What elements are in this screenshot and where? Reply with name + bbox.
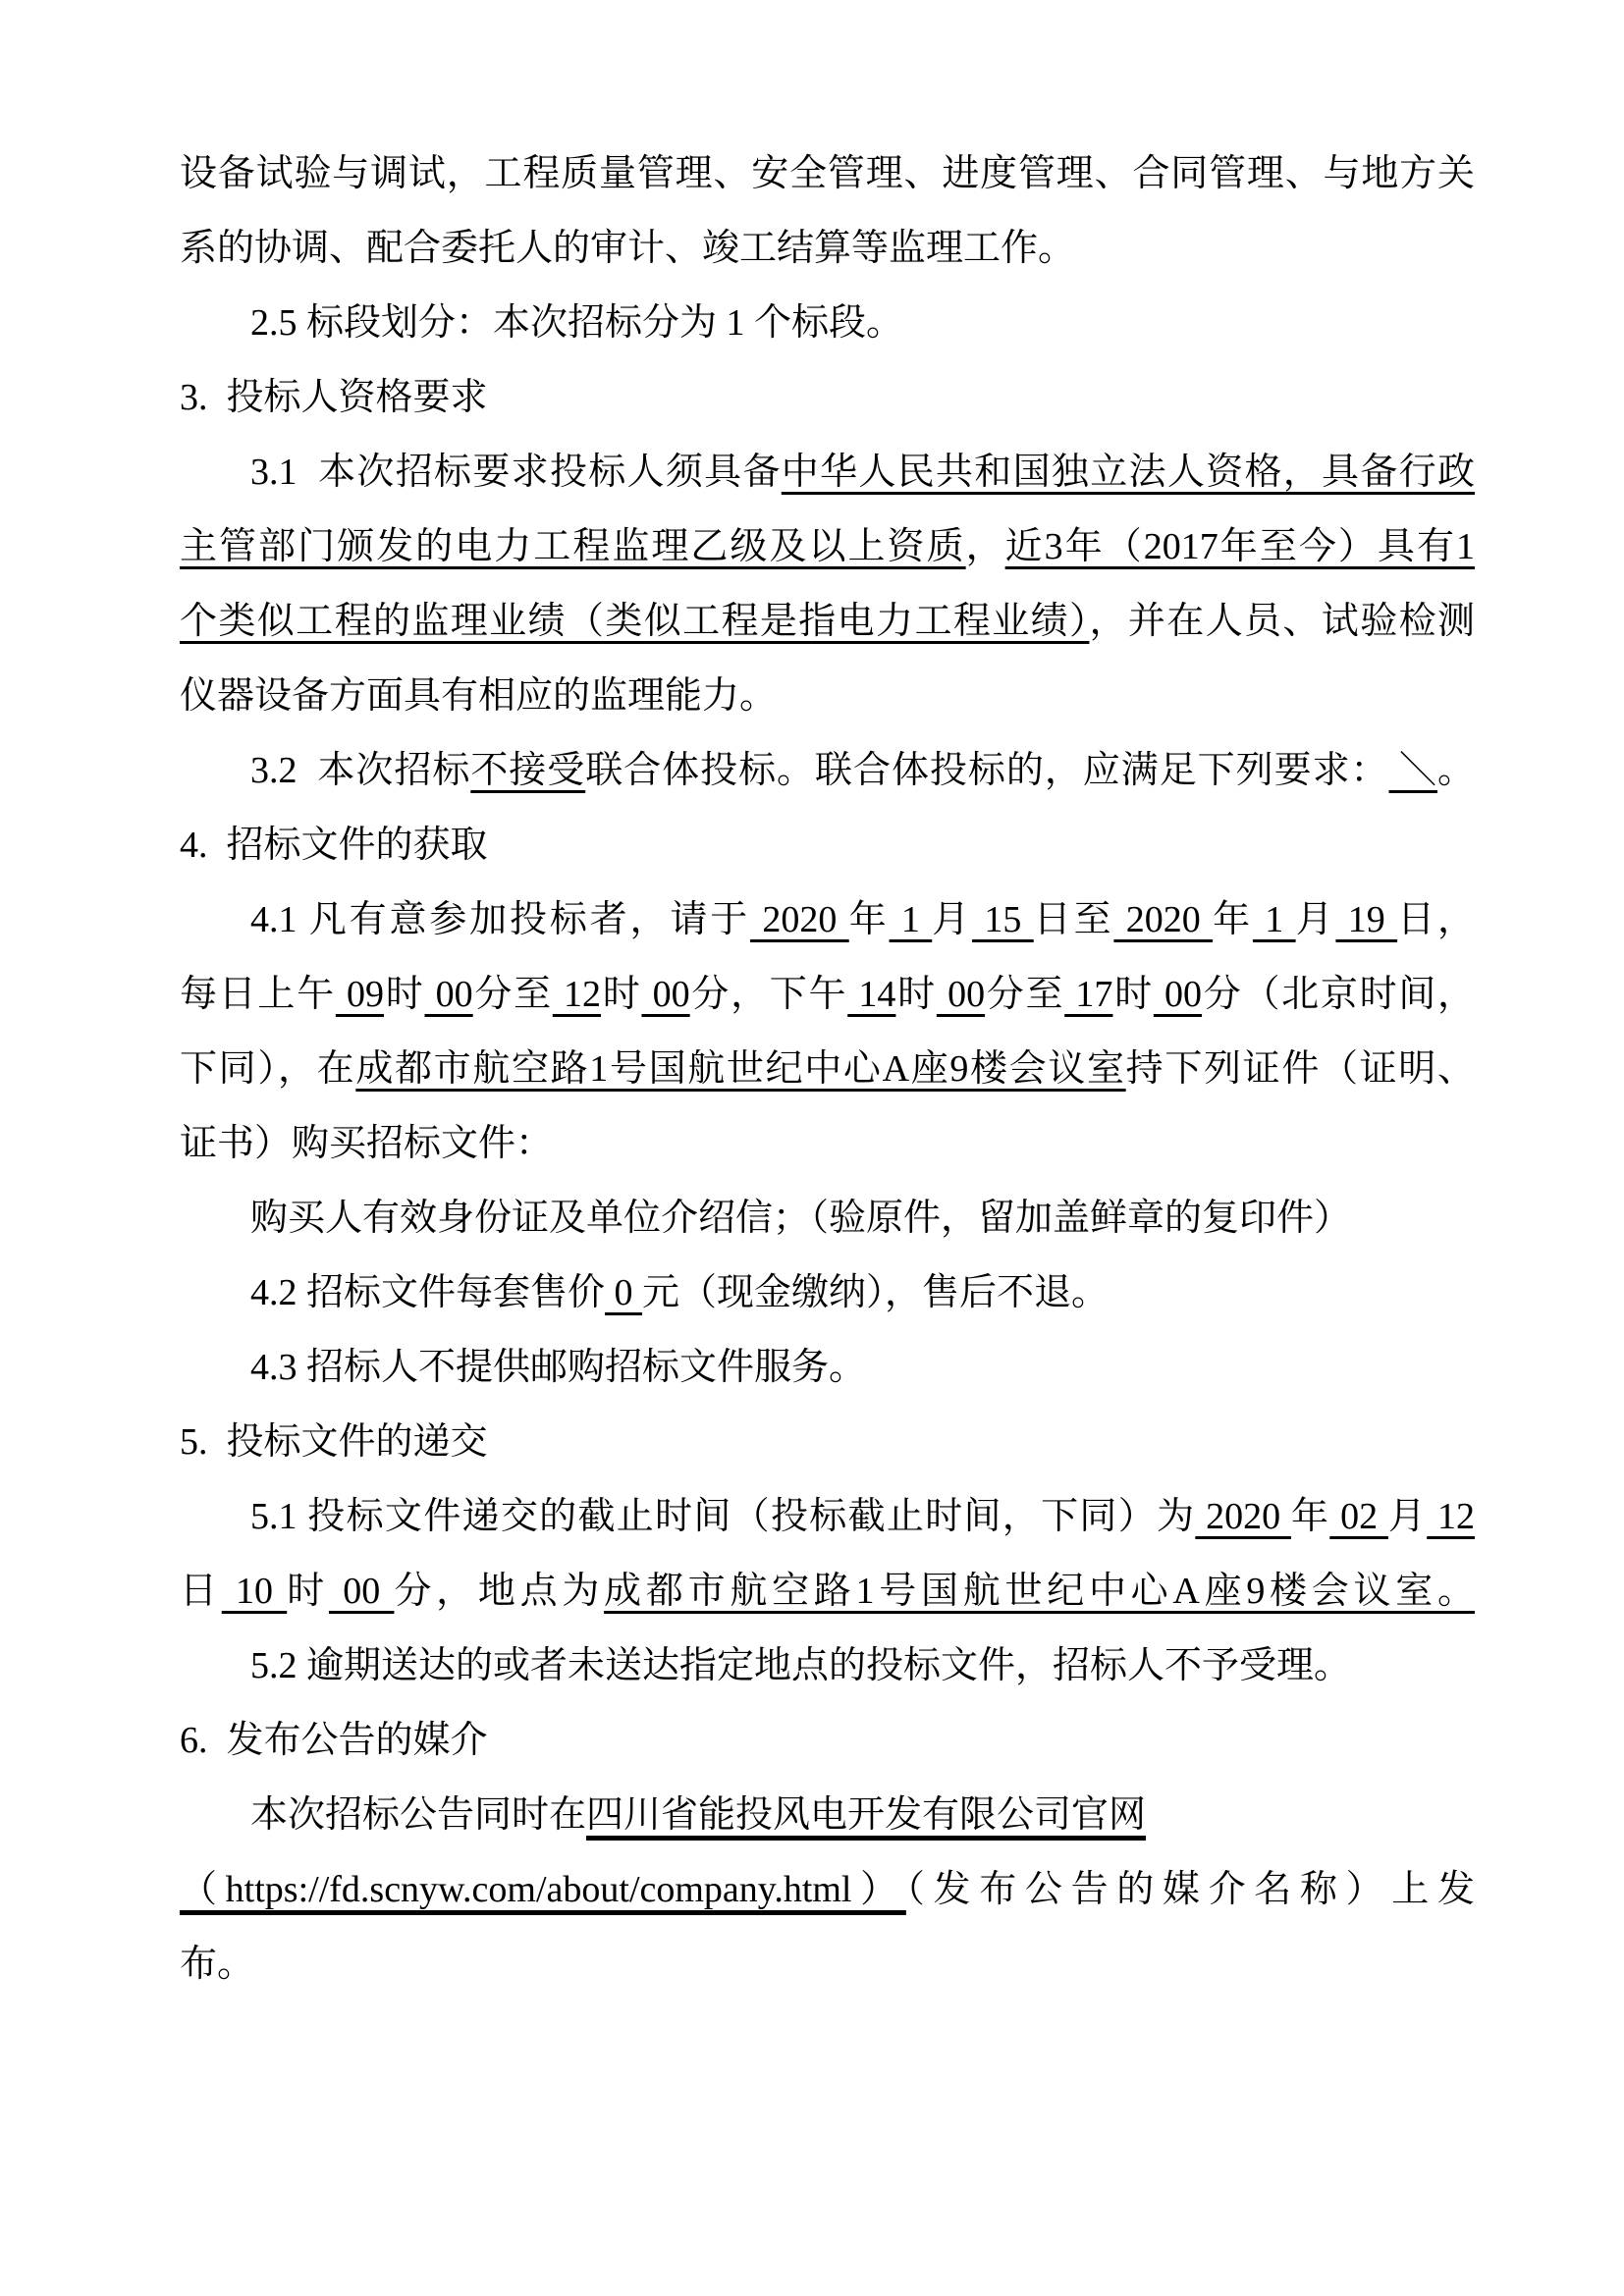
underlined-text: 00 xyxy=(424,974,472,1015)
text-line: 下同），在成都市航空路1号国航世纪中心A座9楼会议室持下列证件（证明、 xyxy=(180,1032,1475,1106)
text-run: 日 xyxy=(180,1571,222,1612)
text-run: 5. 投标文件的递交 xyxy=(180,1421,488,1463)
text-run: 本次招标公告同时在 xyxy=(250,1794,586,1836)
underlined-text: 2020 xyxy=(1195,1496,1291,1537)
text-run: 。 xyxy=(1437,750,1475,791)
text-run: 3.2 本次招标 xyxy=(250,750,470,791)
text-line: 证书）购买招标文件： xyxy=(180,1106,1475,1181)
text-run: 5.1 投标文件递交的截止时间（投标截止时间，下同）为 xyxy=(250,1496,1195,1537)
text-line: 购买人有效身份证及单位介绍信；（验原件，留加盖鲜章的复印件） xyxy=(180,1181,1475,1255)
text-run: 5.2 逾期送达的或者未送达指定地点的投标文件，招标人不予受理。 xyxy=(250,1645,1351,1686)
text-line: 每日上午 09时 00分至 12时 00分，下午 14时 00分至 17时 00… xyxy=(180,957,1475,1032)
text-line: 布。 xyxy=(180,1927,1475,2002)
text-line: 4. 招标文件的获取 xyxy=(180,808,1475,882)
underlined-text: 近3年（2017年至今）具有1 xyxy=(1005,526,1475,567)
document-body: 设备试验与调试，工程质量管理、安全管理、进度管理、合同管理、与地方关系的协调、配… xyxy=(180,136,1475,2002)
text-run: 4.3 招标人不提供邮购招标文件服务。 xyxy=(250,1347,866,1388)
text-line: 4.3 招标人不提供邮购招标文件服务。 xyxy=(180,1330,1475,1405)
text-run: 元（现金缴纳），售后不退。 xyxy=(642,1272,1109,1313)
text-run: 年 xyxy=(1291,1496,1329,1537)
text-run: 4.2 招标文件每套售价 xyxy=(250,1272,605,1313)
underlined-text: 中华人民共和国独立法人资格，具备行政 xyxy=(782,452,1475,493)
underlined-text: 四川省能投风电开发有限公司官网 xyxy=(586,1794,1146,1836)
underlined-text: 不接受 xyxy=(470,750,585,791)
text-run: 日至 xyxy=(1034,899,1114,940)
text-run: ， xyxy=(966,526,1005,567)
text-run: 持下列证件（证明、 xyxy=(1126,1048,1475,1090)
text-run: 分，下午 xyxy=(690,974,848,1015)
text-run: 下同），在 xyxy=(180,1048,355,1090)
text-line: 系的协调、配合委托人的审计、竣工结算等监理工作。 xyxy=(180,211,1475,286)
text-line: 5. 投标文件的递交 xyxy=(180,1405,1475,1479)
text-run: 时 xyxy=(287,1571,329,1612)
text-run: 时 xyxy=(384,974,424,1015)
text-line: 4.2 招标文件每套售价 0 元（现金缴纳），售后不退。 xyxy=(180,1255,1475,1330)
text-run: 日， xyxy=(1397,899,1475,940)
text-run: 6. 发布公告的媒介 xyxy=(180,1720,488,1761)
text-run: 每日上午 xyxy=(180,974,336,1015)
text-run: 月 xyxy=(1388,1496,1427,1537)
underlined-text: 00 xyxy=(641,974,689,1015)
text-run: 时 xyxy=(601,974,641,1015)
underlined-text: 00 xyxy=(329,1571,394,1612)
underlined-text: 10 xyxy=(222,1571,287,1612)
underlined-text: 00 xyxy=(1154,974,1202,1015)
text-run: 时 xyxy=(895,974,936,1015)
text-run: 购买人有效身份证及单位介绍信；（验原件，留加盖鲜章的复印件） xyxy=(250,1198,1351,1239)
text-line: 2.5 标段划分：本次招标分为 1 个标段。 xyxy=(180,286,1475,360)
text-run: （发布公告的媒介名称）上发 xyxy=(906,1869,1475,1910)
underlined-text: 个类似工程的监理业绩（类似工程是指电力工程业绩） xyxy=(180,601,1089,642)
underlined-text: 1 xyxy=(890,899,933,940)
underlined-text: 2020 xyxy=(1113,899,1213,940)
text-run: 联合体投标。联合体投标的，应满足下列要求： xyxy=(585,750,1388,791)
text-run: 证书）购买招标文件： xyxy=(180,1123,553,1164)
text-run: 3. 投标人资格要求 xyxy=(180,377,488,418)
text-line: 设备试验与调试，工程质量管理、安全管理、进度管理、合同管理、与地方关 xyxy=(180,136,1475,211)
text-run: 布。 xyxy=(180,1944,254,1985)
text-line: 本次招标公告同时在四川省能投风电开发有限公司官网 xyxy=(180,1778,1475,1852)
text-run: ，并在人员、试验检测 xyxy=(1089,601,1475,642)
text-line: 3.1 本次招标要求投标人须具备中华人民共和国独立法人资格，具备行政 xyxy=(180,435,1475,509)
text-run: 2.5 标段划分：本次招标分为 1 个标段。 xyxy=(250,302,903,344)
underlined-text: 12 xyxy=(553,974,601,1015)
text-run: 分，地点为 xyxy=(394,1571,604,1612)
text-line: 3.2 本次招标不接受联合体投标。联合体投标的，应满足下列要求： ＼。 xyxy=(180,733,1475,808)
underlined-text: 14 xyxy=(847,974,895,1015)
text-line: 5.1 投标文件递交的截止时间（投标截止时间，下同）为 2020 年 02 月 … xyxy=(180,1479,1475,1554)
text-run: 设备试验与调试，工程质量管理、安全管理、进度管理、合同管理、与地方关 xyxy=(180,153,1475,194)
text-run: 月 xyxy=(932,899,972,940)
text-run: 分（北京时间， xyxy=(1202,974,1475,1015)
text-line: 主管部门颁发的电力工程监理乙级及以上资质，近3年（2017年至今）具有1 xyxy=(180,509,1475,584)
text-run: 年 xyxy=(849,899,890,940)
underlined-text: 2020 xyxy=(750,899,849,940)
text-line: 个类似工程的监理业绩（类似工程是指电力工程业绩），并在人员、试验检测 xyxy=(180,584,1475,659)
underlined-text: 02 xyxy=(1329,1496,1388,1537)
text-run: 分至 xyxy=(985,974,1064,1015)
text-run: 仪器设备方面具有相应的监理能力。 xyxy=(180,675,777,717)
text-line: 5.2 逾期送达的或者未送达指定地点的投标文件，招标人不予受理。 xyxy=(180,1629,1475,1703)
underlined-text: 1 xyxy=(1253,899,1296,940)
text-run: 4.1 凡有意参加投标者，请于 xyxy=(250,899,750,940)
underlined-text: 主管部门颁发的电力工程监理乙级及以上资质 xyxy=(180,526,966,567)
underlined-text: 0 xyxy=(605,1272,642,1313)
underlined-text: 12 xyxy=(1427,1496,1475,1537)
underlined-text: ＼ xyxy=(1389,750,1437,791)
underlined-text: 19 xyxy=(1335,899,1397,940)
text-run: 4. 招标文件的获取 xyxy=(180,825,488,866)
underlined-text: 17 xyxy=(1064,974,1112,1015)
underlined-text: 15 xyxy=(972,899,1034,940)
text-run: 分至 xyxy=(473,974,553,1015)
underlined-text: 成都市航空路1号国航世纪中心A座9楼会议室。 xyxy=(604,1571,1475,1612)
text-line: 6. 发布公告的媒介 xyxy=(180,1703,1475,1778)
text-line: 仪器设备方面具有相应的监理能力。 xyxy=(180,659,1475,733)
text-run: 年 xyxy=(1213,899,1253,940)
text-line: 日 10 时 00 分，地点为成都市航空路1号国航世纪中心A座9楼会议室。 xyxy=(180,1554,1475,1629)
text-run: 系的协调、配合委托人的审计、竣工结算等监理工作。 xyxy=(180,228,1075,269)
text-run: 3.1 本次招标要求投标人须具备 xyxy=(250,452,782,493)
text-line: 3. 投标人资格要求 xyxy=(180,360,1475,435)
text-run: 月 xyxy=(1296,899,1336,940)
text-line: 4.1 凡有意参加投标者，请于 2020 年 1 月 15 日至 2020 年 … xyxy=(180,882,1475,957)
underlined-text: 成都市航空路1号国航世纪中心A座9楼会议室 xyxy=(355,1048,1125,1090)
underlined-text: 09 xyxy=(336,974,384,1015)
underlined-text: （https://fd.scnyw.com/about/company.html… xyxy=(180,1869,906,1910)
underlined-text: 00 xyxy=(937,974,985,1015)
document-page: 设备试验与调试，工程质量管理、安全管理、进度管理、合同管理、与地方关系的协调、配… xyxy=(0,0,1624,2296)
text-run: 时 xyxy=(1112,974,1153,1015)
text-line: （https://fd.scnyw.com/about/company.html… xyxy=(180,1852,1475,1927)
